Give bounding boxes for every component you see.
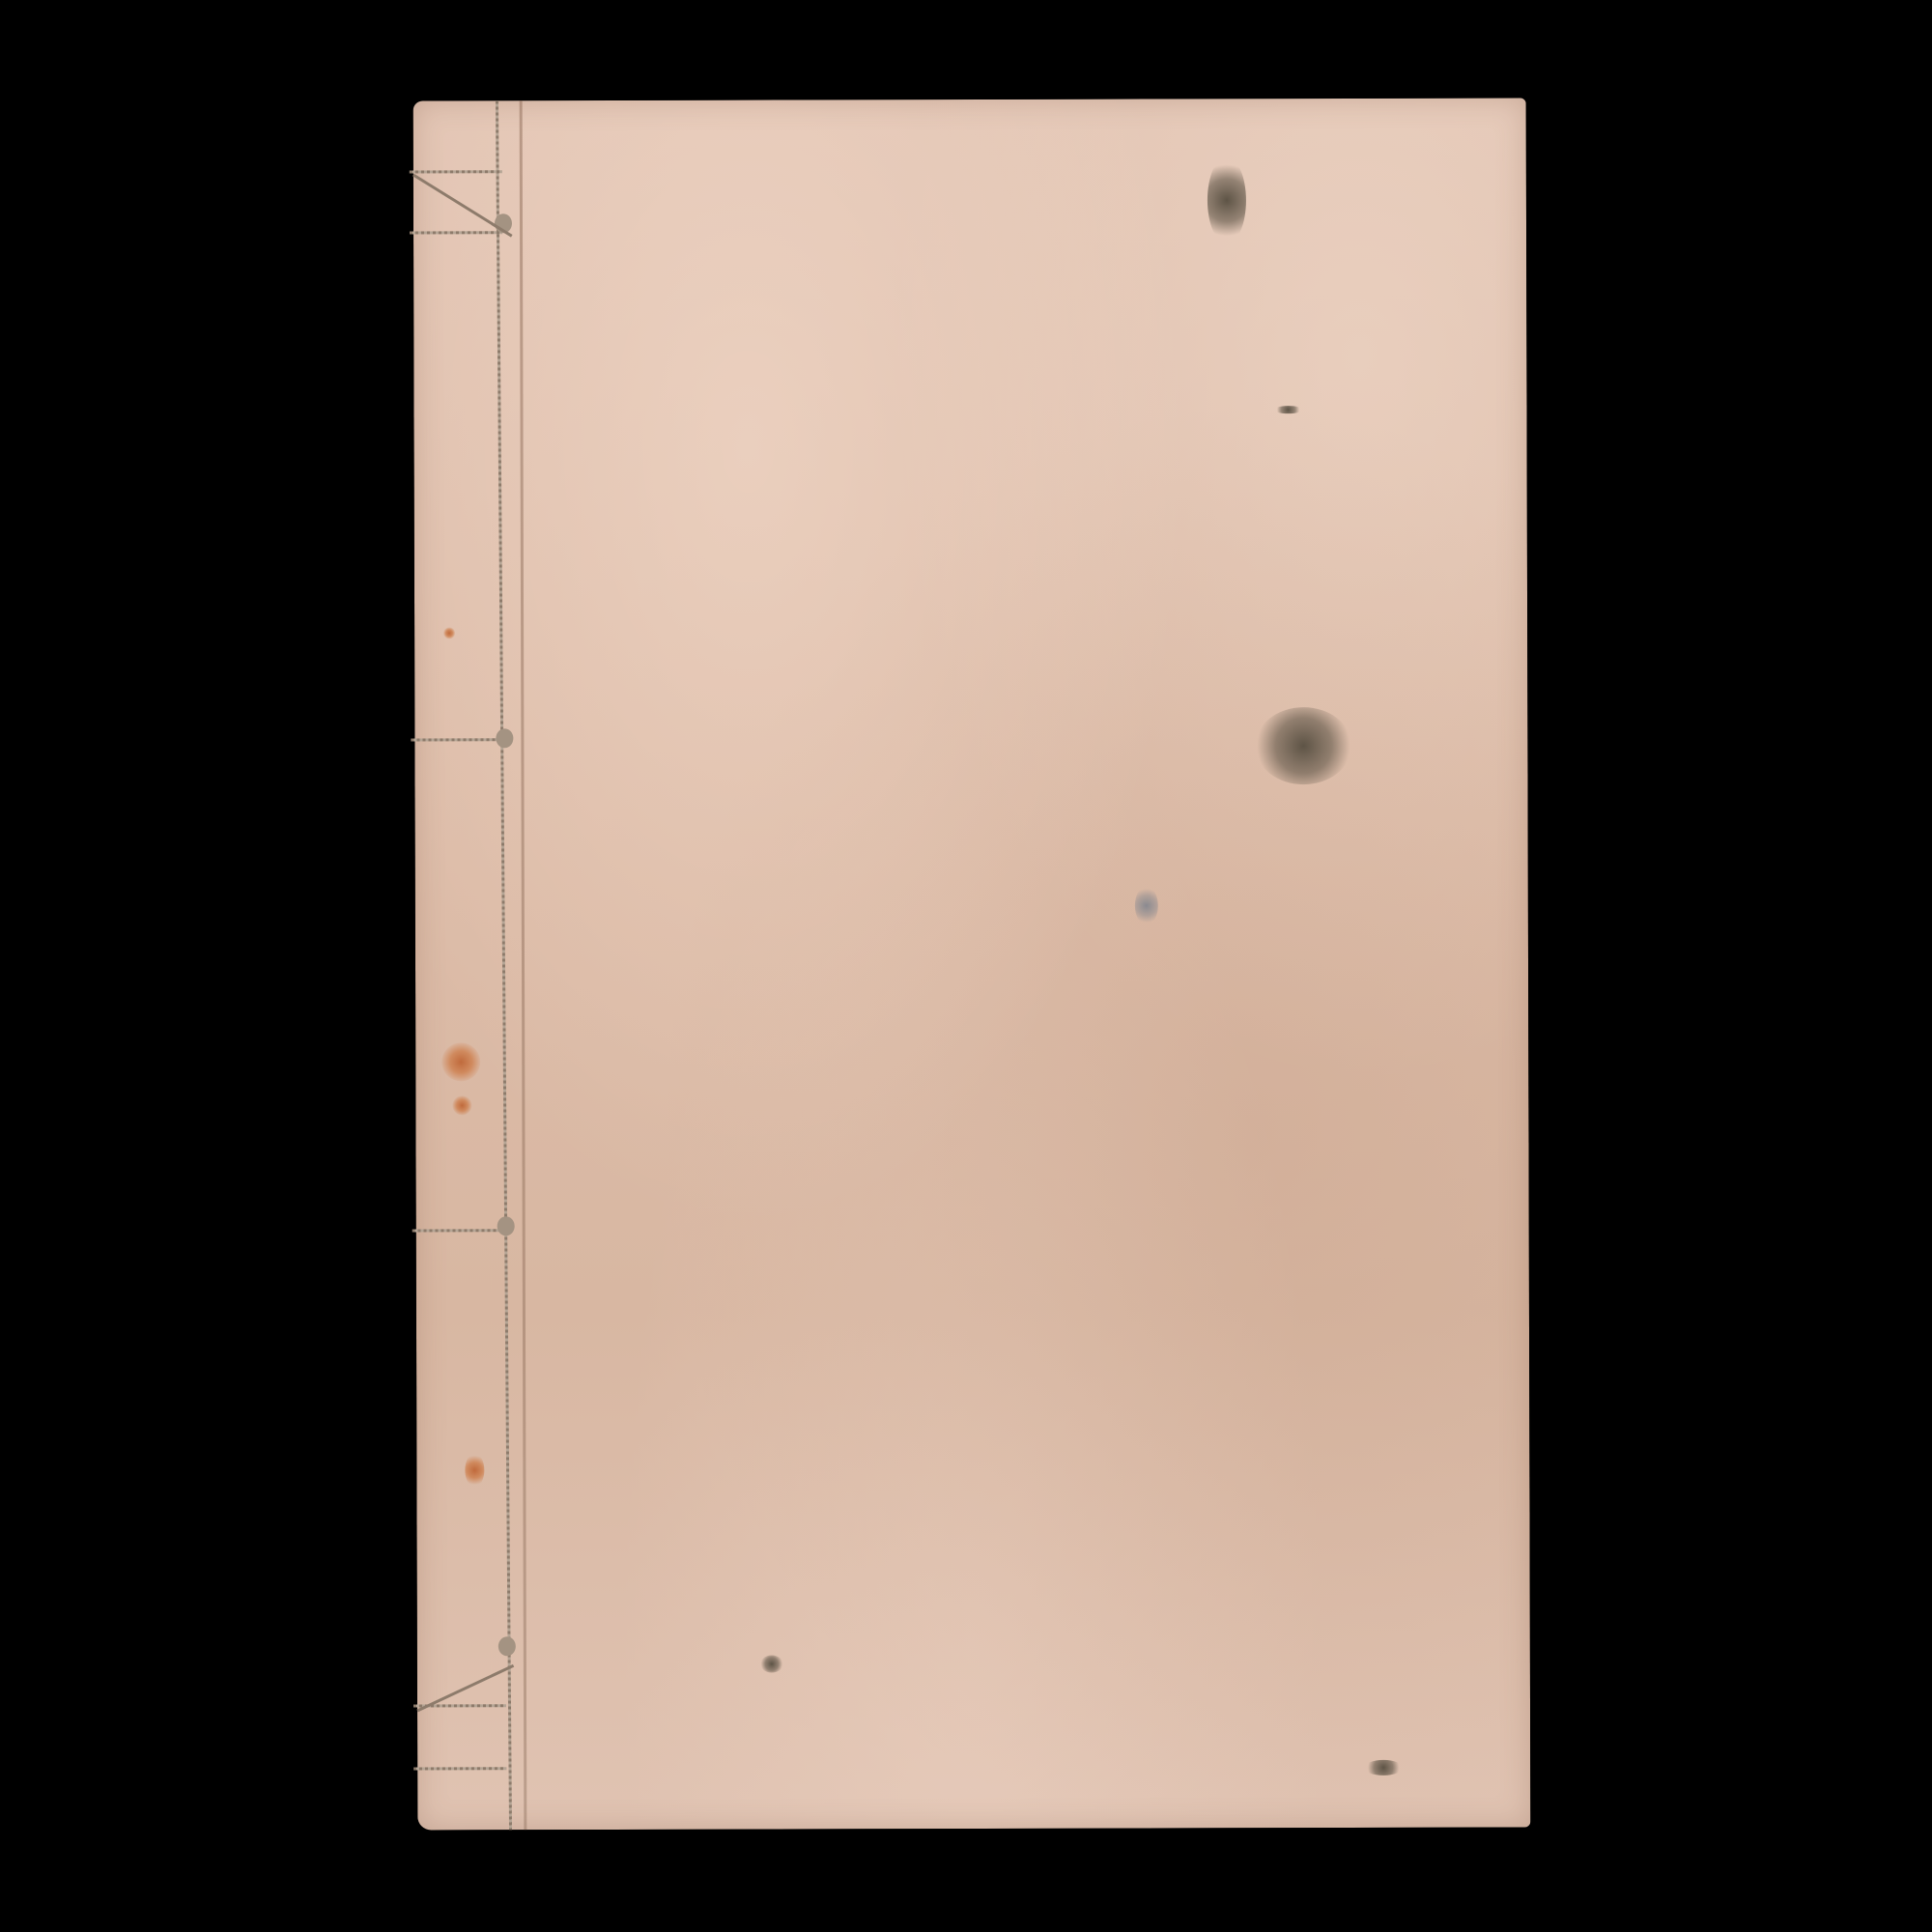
rust-stain xyxy=(465,1453,484,1487)
stitch xyxy=(411,738,503,741)
dark-stain xyxy=(1207,156,1246,243)
dark-stain xyxy=(760,1656,783,1673)
binding-stitches xyxy=(413,98,1526,100)
stitch xyxy=(410,231,502,234)
dark-stain xyxy=(1273,406,1302,413)
grey-stain xyxy=(1135,886,1158,924)
thread-knot xyxy=(498,1636,516,1656)
stitch xyxy=(410,170,502,173)
binding-thread xyxy=(496,100,512,1830)
thread-knot xyxy=(497,1216,515,1236)
stitch xyxy=(412,1229,505,1232)
dark-stain xyxy=(1255,707,1351,784)
spine-fold-line xyxy=(520,100,527,1830)
rust-stain xyxy=(443,627,455,639)
rust-stain xyxy=(452,1095,471,1115)
book-cover xyxy=(413,98,1531,1830)
stitch xyxy=(413,1767,506,1770)
rust-stain xyxy=(441,1042,480,1081)
thread-knot xyxy=(496,728,513,748)
cover-stains xyxy=(413,98,1526,100)
dark-stain xyxy=(1364,1760,1403,1776)
